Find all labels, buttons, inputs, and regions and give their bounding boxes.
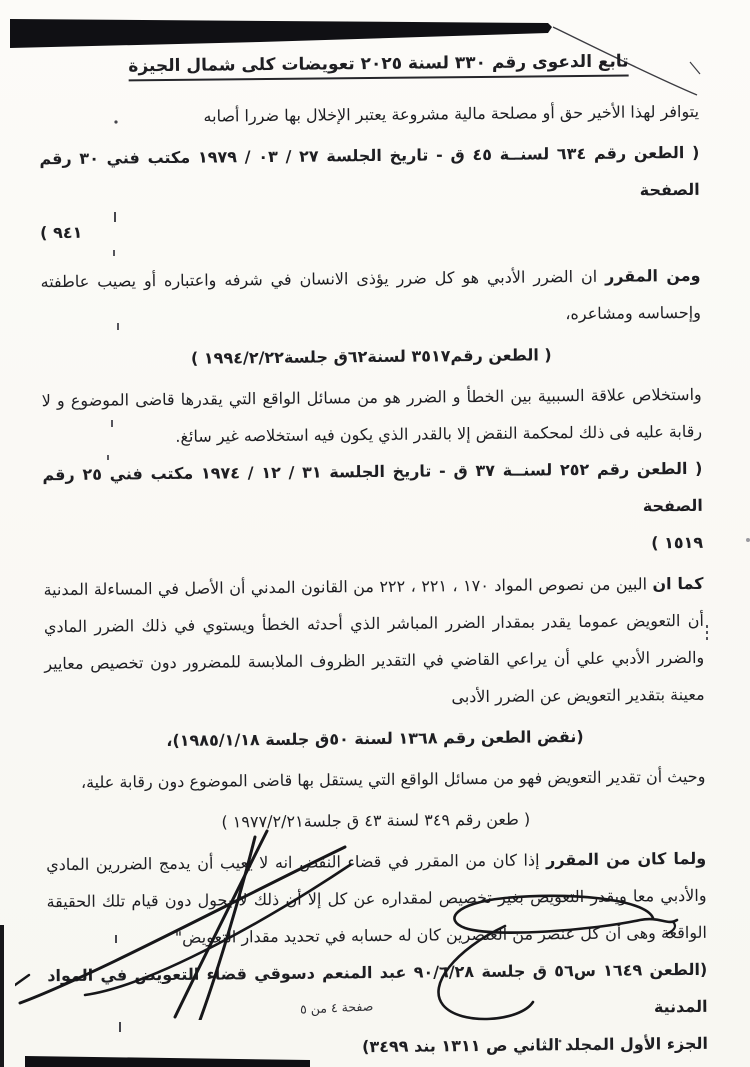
paragraph-merged-damages-lead: ولما كان من المقرر: [546, 849, 706, 870]
citation-appeal-1368: (نقض الطعن رقم ١٣٦٨ لسنة ٥٠ق جلسة ١٩٨٥/١…: [45, 717, 705, 760]
case-header-title: تابع الدعوى رقم ٣٣٠ لسنة ٢٠٢٥ تعويضات كل…: [66, 51, 690, 77]
citation-appeal-1649-line1: (الطعن ١٦٤٩ س٥٦ ق جلسة ٩٠/٦/٢٨ عبد المنع…: [47, 951, 708, 1031]
citation-appeal-634-line2: ٩٤١ ): [40, 208, 700, 251]
paragraph-merged-damages: ولما كان من المقرر إذا كان من المقرر في …: [46, 840, 707, 957]
citation-appeal-634-line1: ( الطعن رقم ٦٣٤ لسنــة ٤٥ ق - تاريخ الجل…: [39, 134, 700, 214]
paragraph-legal-interest: يتوافر لهذا الأخير حق أو مصلحة مالية مشر…: [39, 93, 699, 136]
paragraph-civil-code-articles: كما ان البين من نصوص المواد ١٧٠ ، ٢٢١ ، …: [43, 565, 704, 719]
paragraph-causation: واستخلاص علاقة السببية بين الخطأ و الضرر…: [42, 376, 703, 456]
paragraph-moral-damage: ومن المقرر ان الضرر الأدبي هو كل ضرر يؤذ…: [40, 257, 701, 337]
paragraph-moral-damage-text: ان الضرر الأدبي هو كل ضرر يؤذى الانسان ف…: [41, 267, 702, 323]
paragraph-moral-damage-lead: ومن المقرر: [605, 266, 701, 286]
citation-appeal-1649-line2: الجزء الأول المجلد الثاني ص ١٣١١ بند ٣٤٩…: [48, 1025, 708, 1067]
scan-artifact-left-edge: [0, 925, 4, 1067]
scanned-legal-document-page: تابع الدعوى رقم ٣٣٠ لسنة ٢٠٢٥ تعويضات كل…: [0, 0, 750, 1067]
citation-appeal-252-line2: ١٥١٩ ): [43, 524, 703, 567]
case-header-title-text: تابع الدعوى رقم ٣٣٠ لسنة ٢٠٢٥ تعويضات كل…: [128, 52, 629, 82]
document-content: تابع الدعوى رقم ٣٣٠ لسنة ٢٠٢٥ تعويضات كل…: [0, 0, 750, 1067]
paragraph-compensation-estimate: وحيث أن تقدير التعويض فهو من مسائل الواق…: [45, 758, 705, 801]
page-number: صفحة ٤ من ٥: [300, 998, 374, 1016]
citation-appeal-349: ( طعن رقم ٣٤٩ لسنة ٤٣ ق جلسة١٩٧٧/٢/٢١ ): [46, 799, 706, 842]
citation-appeal-3517: ( الطعن رقم٣٥١٧ لسنة٦٢ق جلسة١٩٩٤/٢/٢٢ ): [41, 335, 701, 378]
paragraph-civil-code-articles-text: البين من نصوص المواد ١٧٠ ، ٢٢١ ، ٢٢٢ من …: [43, 574, 704, 706]
paragraph-civil-code-articles-lead: كما ان: [652, 574, 703, 593]
citation-appeal-252-line1: ( الطعن رقم ٢٥٢ لسنــة ٣٧ ق - تاريخ الجل…: [42, 450, 703, 530]
